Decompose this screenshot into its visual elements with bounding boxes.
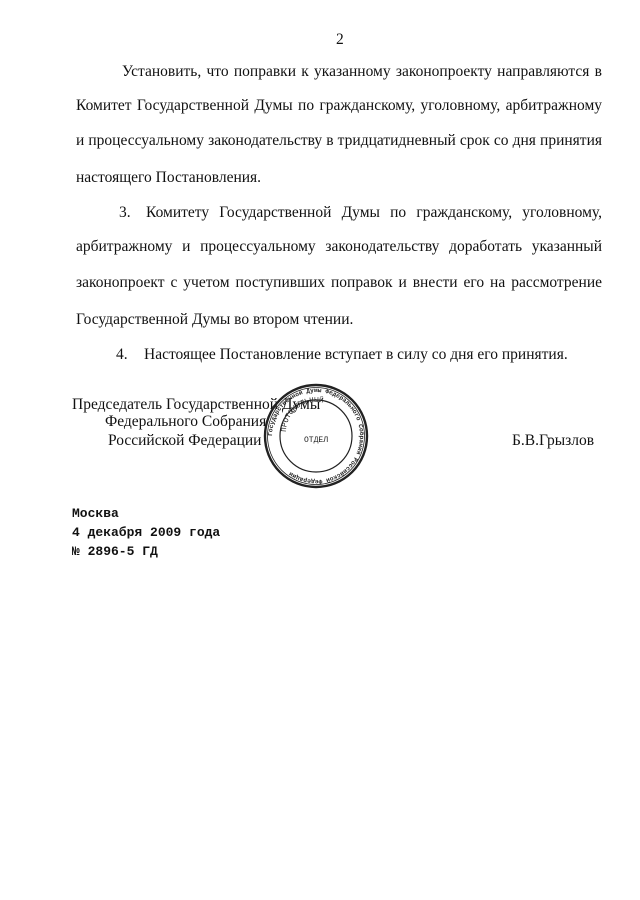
paragraph-line: Настоящее Постановление вступает в силу … bbox=[144, 346, 568, 364]
item-number: 3. bbox=[119, 204, 131, 222]
date: 4 декабря 2009 года bbox=[72, 525, 220, 540]
page-number: 2 bbox=[336, 31, 344, 49]
paragraph-line: Комитет Государственной Думы по гражданс… bbox=[76, 97, 602, 115]
paragraph-line: Установить, что поправки к указанному за… bbox=[122, 63, 602, 81]
paragraph-line: Комитету Государственной Думы по граждан… bbox=[146, 204, 602, 222]
paragraph-line: арбитражному и процессуальному законодат… bbox=[76, 238, 602, 256]
paragraph-line: и процессуальному законодательству в три… bbox=[76, 132, 602, 150]
city: Москва bbox=[72, 506, 119, 521]
paragraph-line: настоящего Постановления. bbox=[76, 169, 602, 187]
stamp-center-text: ОТДЕЛ bbox=[304, 436, 328, 445]
paragraph-line: Государственной Думы во втором чтении. bbox=[76, 311, 602, 329]
document-number: № 2896-5 ГД bbox=[72, 544, 158, 559]
item-number: 4. bbox=[116, 346, 128, 364]
signatory-title-line: Федерального Собрания bbox=[105, 413, 266, 431]
official-stamp-icon: Государственной Думы Федерального Собран… bbox=[262, 382, 370, 490]
signatory-title-line: Российской Федерации bbox=[108, 432, 261, 450]
signatory-name: Б.В.Грызлов bbox=[512, 432, 594, 450]
paragraph-line: законопроект с учетом поступивших поправ… bbox=[76, 274, 602, 292]
